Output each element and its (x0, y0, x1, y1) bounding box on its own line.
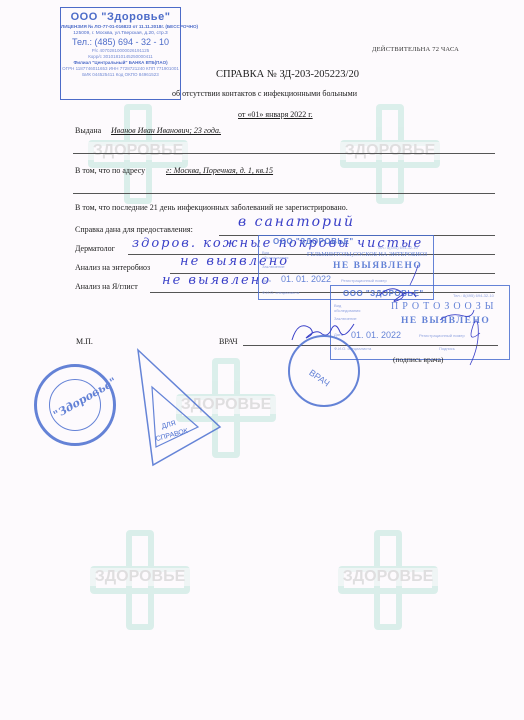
organization-header-stamp: ООО "Здоровье" ЛИЦЕНЗИЯ № ЛО-77-01-01682… (60, 7, 181, 100)
helminth-handwriting: не выявлено (162, 273, 271, 288)
purpose-label: Справка дана для предоставления: (75, 225, 193, 234)
watermark-text: ЗДОРОВЬЕ (88, 142, 188, 160)
stamp-license: ЛИЦЕНЗИЯ № ЛО-77-01-016823 от 11.11.2018… (61, 23, 180, 30)
document-title: СПРАВКА № ЗД-203-205223/20 (216, 69, 359, 80)
stamp-phone: Тел.: (485) 694 - 32 - 10 (61, 37, 180, 48)
stamp-bik: БИК 044525411 Код ОКПО 84961523 (61, 72, 180, 78)
stamp-address: 125009, г. Москва, ул.Тверская, д.20, ст… (61, 30, 180, 37)
address-label: В том, что по адресу (75, 166, 145, 175)
watermark-logo: ЗДОРОВЬЕ (340, 104, 440, 204)
triangle-stamp: ДЛЯ СПРАВОК (128, 345, 228, 470)
watermark-logo: ЗДОРОВЬЕ (338, 530, 438, 630)
watermark-text: ЗДОРОВЬЕ (340, 142, 440, 160)
validity-note: ДЕЙСТВИТЕЛЬНА 72 ЧАСА (372, 46, 459, 53)
watermark-text: ЗДОРОВЬЕ (90, 568, 190, 586)
dermatologist-label: Дерматолог (75, 244, 115, 253)
signature-caption: (подпись врача) (393, 355, 443, 364)
watermark-logo: ЗДОРОВЬЕ (88, 104, 188, 204)
lab-stamp-conclusion-label: Заключение (262, 264, 285, 269)
triangle-line1: ДЛЯ (161, 420, 177, 430)
mp-label: М.П. (76, 337, 93, 346)
statement-text: В том, что последние 21 день инфекционны… (75, 203, 348, 212)
lab-stamp-fio-label: Ф.И.О. специалиста (262, 290, 299, 295)
lab-stamp-kind-label: Вид обследования (262, 250, 288, 260)
doctor-signature-line (243, 345, 498, 346)
divider-line (73, 193, 495, 194)
doctor-stamp-center: ВРАЧ (307, 367, 331, 388)
document-date: от «01» января 2022 г. (238, 110, 313, 119)
purpose-handwriting: в санаторий (238, 214, 355, 230)
divider-line (73, 153, 495, 154)
company-round-stamp: "Здоровье" (34, 364, 116, 446)
stamp-org-name: ООО "Здоровье" (61, 11, 180, 23)
watermark-text: ЗДОРОВЬЕ (338, 568, 438, 586)
doctor-round-stamp: ВРАЧ (288, 335, 360, 407)
lab-stamp-date-label: Дата (262, 278, 271, 283)
stamp-corr-account: Корр/с 30101810145250000411 (61, 54, 180, 60)
address-value: г: Москва, Поречная, д. 1, кв.15 (166, 166, 273, 175)
enterobiosis-label: Анализ на энтеробиоз (75, 263, 150, 272)
issued-label: Выдана (75, 126, 101, 135)
lab-stamp-org: ООО "ЗДОРОВЬЕ" (273, 237, 354, 246)
document-subtitle: об отсутствии контактов с инфекционными … (172, 89, 357, 98)
helminth-label: Анализ на Я/глист (75, 282, 138, 291)
issued-value: Иванов Иван Иванович; 23 года. (111, 126, 221, 135)
lab-stamp-phone: Тел.: 8(495) 694-32-10 (377, 245, 418, 250)
triangle-line2: СПРАВОК (155, 428, 189, 444)
watermark-logo: ЗДОРОВЬЕ (90, 530, 190, 630)
